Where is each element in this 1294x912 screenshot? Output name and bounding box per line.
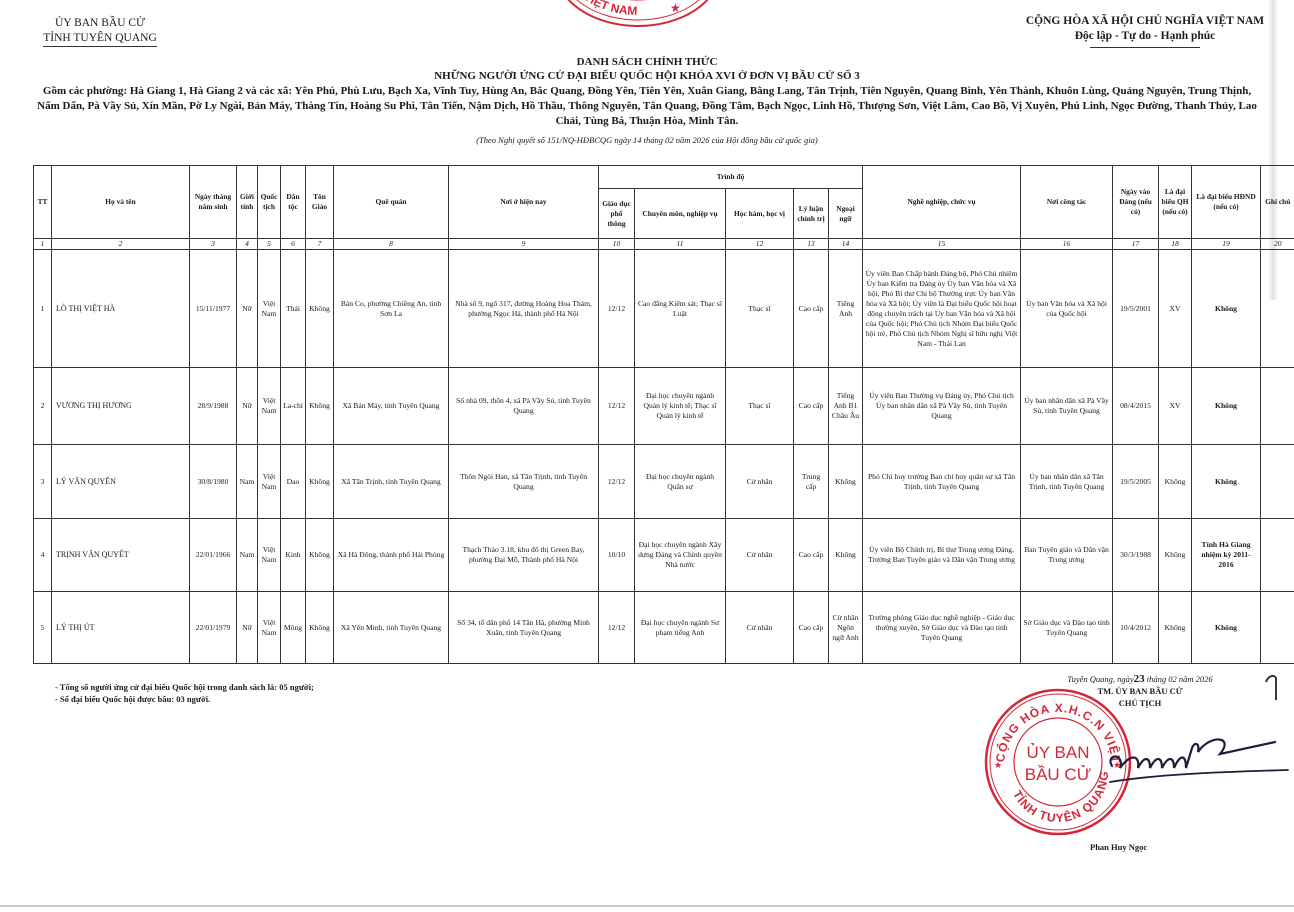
cell-political-theory: Cao cấp <box>794 250 829 368</box>
cell-council-deputy: Không <box>1192 445 1261 519</box>
column-number: 14 <box>829 239 863 250</box>
cell-gender: Nam <box>237 445 258 519</box>
cell-party-date: 10/4/2012 <box>1113 592 1159 664</box>
header-foreign-lang: Ngoại ngữ <box>829 189 863 239</box>
cell-foreign-lang: Cử nhân Ngôn ngữ Anh <box>829 592 863 664</box>
org-line-2: TỈNH TUYÊN QUANG <box>43 31 157 47</box>
signature-block: Tuyên Quang, ngày23 tháng 02 năm 2026 TM… <box>1040 673 1240 709</box>
column-number: 3 <box>190 239 237 250</box>
cell-general-edu: 12/12 <box>599 445 635 519</box>
cell-residence: Nhà số 9, ngõ 317, đường Hoàng Hoa Thám,… <box>449 250 599 368</box>
cell-workplace: Sở Giáo dục và Đào tạo tỉnh Tuyên Quang <box>1021 592 1113 664</box>
cell-ethnicity: Thái <box>281 250 306 368</box>
issuing-organization: ỦY BAN BẦU CỬ TỈNH TUYÊN QUANG <box>0 16 200 47</box>
on-behalf-of: TM. ỦY BAN BẦU CỬ <box>1040 685 1240 697</box>
motto-underline <box>1090 47 1200 48</box>
header-political-theory: Lý luận chính trị <box>794 189 829 239</box>
column-number: 5 <box>258 239 281 250</box>
candidate-table: TT Họ và tên Ngày tháng năm sinh Giới tí… <box>33 165 1294 664</box>
cell-specialty: Cao đẳng Kiểm sát; Thạc sĩ Luật <box>635 250 726 368</box>
cell-council-deputy: Không <box>1192 592 1261 664</box>
cell-tt: 4 <box>34 519 52 592</box>
cell-na-deputy: Không <box>1159 592 1192 664</box>
cell-nationality: Việt Nam <box>258 445 281 519</box>
column-number: 4 <box>237 239 258 250</box>
column-number: 10 <box>599 239 635 250</box>
cell-gender: Nữ <box>237 368 258 445</box>
column-number: 15 <box>863 239 1021 250</box>
column-number-row: 1234567891011121314151617181920 <box>34 239 1294 250</box>
header-specialty: Chuyên môn, nghiệp vụ <box>635 189 726 239</box>
header-gender: Giới tính <box>237 166 258 239</box>
constituency-areas: Gồm các phường: Hà Giang 1, Hà Giang 2 v… <box>32 84 1262 129</box>
column-number: 19 <box>1192 239 1261 250</box>
header-degree: Học hàm, học vị <box>726 189 794 239</box>
header-nationality: Quốc tịch <box>258 166 281 239</box>
org-line-1: ỦY BAN BẦU CỬ <box>0 16 200 31</box>
cell-council-deputy: Tỉnh Hà Giang nhiệm kỳ 2011-2016 <box>1192 519 1261 592</box>
cell-degree: Cử nhân <box>726 592 794 664</box>
cell-degree: Cử nhân <box>726 445 794 519</box>
column-number: 1 <box>34 239 52 250</box>
cell-residence: Số 34, tổ dân phố 14 Tân Hà, phường Minh… <box>449 592 599 664</box>
top-stamp-fragment: VIỆT NAM ★ <box>548 0 728 30</box>
cell-specialty: Đại học chuyên ngành Sư phạm tiếng Anh <box>635 592 726 664</box>
cell-ethnicity: La-chí <box>281 368 306 445</box>
signer-position: CHỦ TỊCH <box>1040 697 1240 709</box>
place-date: Tuyên Quang, ngày23 tháng 02 năm 2026 <box>1040 673 1240 685</box>
column-number: 7 <box>306 239 334 250</box>
cell-foreign-lang: Tiếng Anh B1 Châu Âu <box>829 368 863 445</box>
cell-occupation: Phó Chỉ huy trưởng Ban chỉ huy quân sự x… <box>863 445 1021 519</box>
cell-occupation: Ủy viên Bộ Chính trị, Bí thư Trung ương … <box>863 519 1021 592</box>
cell-tt: 1 <box>34 250 52 368</box>
header-workplace: Nơi công tác <box>1021 166 1113 239</box>
cell-specialty: Đại học chuyên ngành Quản lý kinh tế; Th… <box>635 368 726 445</box>
column-number: 12 <box>726 239 794 250</box>
header-na-deputy: Là đại biểu QH (nếu có) <box>1159 166 1192 239</box>
cell-dob: 30/8/1980 <box>190 445 237 519</box>
cell-occupation: Trưởng phòng Giáo dục nghề nghiệp - Giáo… <box>863 592 1021 664</box>
cell-foreign-lang: Tiếng Anh <box>829 250 863 368</box>
cell-degree: Thạc sĩ <box>726 250 794 368</box>
cell-name: VƯƠNG THỊ HƯƠNG <box>52 368 190 445</box>
handwritten-signature <box>1100 724 1290 794</box>
column-number: 6 <box>281 239 306 250</box>
cell-occupation: Ủy viên Ban Chấp hành Đảng bộ, Phó Chủ n… <box>863 250 1021 368</box>
cell-note <box>1261 368 1294 445</box>
cell-hometown: Xã Hà Đông, thành phố Hải Phòng <box>334 519 449 592</box>
cell-council-deputy: Không <box>1192 250 1261 368</box>
cell-nationality: Việt Nam <box>258 250 281 368</box>
table-row: 5LÝ THỊ ÚT22/01/1979NữViệt NamMôngKhôngX… <box>34 592 1294 664</box>
cell-political-theory: Cao cấp <box>794 592 829 664</box>
header-council-deputy: Là đại biểu HĐND (nếu có) <box>1192 166 1261 239</box>
cell-workplace: Ủy ban Văn hóa và Xã hội của Quốc hội <box>1021 250 1113 368</box>
national-motto: CỘNG HÒA XÃ HỘI CHỦ NGHĨA VIỆT NAM Độc l… <box>1000 14 1290 48</box>
cell-general-edu: 12/12 <box>599 250 635 368</box>
cell-degree: Thạc sĩ <box>726 368 794 445</box>
cell-workplace: Ủy ban nhân dân xã Tân Trịnh, tỉnh Tuyên… <box>1021 445 1113 519</box>
cell-hometown: Bản Co, phường Chiềng An, tỉnh Sơn La <box>334 250 449 368</box>
cell-note <box>1261 592 1294 664</box>
cell-religion: Không <box>306 592 334 664</box>
svg-text:BẦU CỬ: BẦU CỬ <box>1025 765 1091 784</box>
cell-na-deputy: Không <box>1159 445 1192 519</box>
column-number: 16 <box>1021 239 1113 250</box>
cell-tt: 3 <box>34 445 52 519</box>
cell-residence: Thôn Ngòi Han, xã Tân Trịnh, tỉnh Tuyên … <box>449 445 599 519</box>
cell-na-deputy: XV <box>1159 250 1192 368</box>
header-tt: TT <box>34 166 52 239</box>
column-number: 11 <box>635 239 726 250</box>
cell-hometown: Xã Yên Minh, tỉnh Tuyên Quang <box>334 592 449 664</box>
cell-party-date: 30/3/1988 <box>1113 519 1159 592</box>
cell-occupation: Ủy viên Ban Thường vụ Đảng ủy, Phó Chủ t… <box>863 368 1021 445</box>
page-margin-mark <box>1262 672 1282 702</box>
cell-workplace: Ủy ban nhân dân xã Pà Vầy Sủ, tỉnh Tuyên… <box>1021 368 1113 445</box>
svg-text:ỦY BAN: ỦY BAN <box>1027 743 1090 762</box>
cell-specialty: Đại học chuyên ngành Xây dựng Đảng và Ch… <box>635 519 726 592</box>
cell-workplace: Ban Tuyên giáo và Dân vận Trung ương <box>1021 519 1113 592</box>
table-row: 1LÒ THỊ VIỆT HÀ15/11/1977NữViệt NamTháiK… <box>34 250 1294 368</box>
header-religion: Tôn Giáo <box>306 166 334 239</box>
cell-nationality: Việt Nam <box>258 368 281 445</box>
header-dob: Ngày tháng năm sinh <box>190 166 237 239</box>
cell-dob: 22/01/1979 <box>190 592 237 664</box>
cell-name: LÒ THỊ VIỆT HÀ <box>52 250 190 368</box>
cell-ethnicity: Dao <box>281 445 306 519</box>
column-number: 2 <box>52 239 190 250</box>
cell-council-deputy: Không <box>1192 368 1261 445</box>
cell-religion: Không <box>306 519 334 592</box>
cell-foreign-lang: Không <box>829 519 863 592</box>
document-title: DANH SÁCH CHÍNH THỨC <box>0 56 1294 68</box>
column-number: 9 <box>449 239 599 250</box>
cell-party-date: 08/4/2015 <box>1113 368 1159 445</box>
cell-name: TRỊNH VĂN QUYẾT <box>52 519 190 592</box>
note-seats: - Số đại biểu Quốc hội được bầu: 03 ngườ… <box>55 693 314 705</box>
cell-hometown: Xã Bản Máy, tỉnh Tuyên Quang <box>334 368 449 445</box>
scan-edge <box>0 905 1294 907</box>
table-row: 2VƯƠNG THỊ HƯƠNG28/9/1988NữViệt NamLa-ch… <box>34 368 1294 445</box>
cell-party-date: 19/5/2005 <box>1113 445 1159 519</box>
cell-gender: Nữ <box>237 250 258 368</box>
header-occupation: Nghề nghiệp, chức vụ <box>863 166 1021 239</box>
cell-religion: Không <box>306 368 334 445</box>
cell-nationality: Việt Nam <box>258 519 281 592</box>
header-party-date: Ngày vào Đảng (nếu có) <box>1113 166 1159 239</box>
legal-basis: (Theo Nghị quyết số 151/NQ-HĐBCQG ngày 1… <box>0 135 1294 145</box>
svg-text:★: ★ <box>994 761 1002 771</box>
cell-religion: Không <box>306 445 334 519</box>
cell-tt: 2 <box>34 368 52 445</box>
signing-day: 23 <box>1134 673 1145 685</box>
header-residence: Nơi ở hiện nay <box>449 166 599 239</box>
cell-foreign-lang: Không <box>829 445 863 519</box>
header-hometown: Quê quán <box>334 166 449 239</box>
cell-na-deputy: Không <box>1159 519 1192 592</box>
summary-notes: - Tổng số người ứng cử đại biểu Quốc hội… <box>55 681 314 705</box>
column-number: 20 <box>1261 239 1294 250</box>
document-subtitle: NHỮNG NGƯỜI ỨNG CỬ ĐẠI BIỂU QUỐC HỘI KHÓ… <box>0 70 1294 82</box>
column-number: 17 <box>1113 239 1159 250</box>
cell-name: LÝ VĂN QUYÊN <box>52 445 190 519</box>
note-total-candidates: - Tổng số người ứng cử đại biểu Quốc hội… <box>55 681 314 693</box>
cell-na-deputy: XV <box>1159 368 1192 445</box>
cell-general-edu: 10/10 <box>599 519 635 592</box>
header-general-edu: Giáo dục phổ thông <box>599 189 635 239</box>
cell-note <box>1261 445 1294 519</box>
cell-party-date: 19/5/2001 <box>1113 250 1159 368</box>
cell-note <box>1261 519 1294 592</box>
cell-dob: 28/9/1988 <box>190 368 237 445</box>
svg-text:★: ★ <box>670 1 681 15</box>
column-number: 8 <box>334 239 449 250</box>
nation-line-1: CỘNG HÒA XÃ HỘI CHỦ NGHĨA VIỆT NAM <box>1000 14 1290 29</box>
cell-residence: Số nhà 09, thôn 4, xã Pà Vầy Sủ, tỉnh Tu… <box>449 368 599 445</box>
cell-religion: Không <box>306 250 334 368</box>
header-education-group: Trình độ <box>599 166 863 189</box>
cell-political-theory: Trung cấp <box>794 445 829 519</box>
column-number: 18 <box>1159 239 1192 250</box>
cell-political-theory: Cao cấp <box>794 519 829 592</box>
cell-ethnicity: Kinh <box>281 519 306 592</box>
cell-political-theory: Cao cấp <box>794 368 829 445</box>
nation-line-2: Độc lập - Tự do - Hạnh phúc <box>1000 29 1290 44</box>
header-ethnicity: Dân tộc <box>281 166 306 239</box>
cell-specialty: Đại học chuyên ngành Quân sự <box>635 445 726 519</box>
table-row: 3LÝ VĂN QUYÊN30/8/1980NamViệt NamDaoKhôn… <box>34 445 1294 519</box>
cell-degree: Cử nhân <box>726 519 794 592</box>
cell-hometown: Xã Tân Trịnh, tỉnh Tuyên Quang <box>334 445 449 519</box>
cell-ethnicity: Mông <box>281 592 306 664</box>
cell-tt: 5 <box>34 592 52 664</box>
cell-note <box>1261 250 1294 368</box>
cell-name: LÝ THỊ ÚT <box>52 592 190 664</box>
cell-dob: 22/01/1966 <box>190 519 237 592</box>
signer-name: Phan Huy Ngọc <box>1090 842 1147 852</box>
cell-general-edu: 12/12 <box>599 368 635 445</box>
cell-gender: Nữ <box>237 592 258 664</box>
header-note: Ghi chú <box>1261 166 1294 239</box>
cell-general-edu: 12/12 <box>599 592 635 664</box>
cell-residence: Thạch Thảo 3.18, khu đô thị Green Bay, p… <box>449 519 599 592</box>
cell-dob: 15/11/1977 <box>190 250 237 368</box>
table-row: 4TRỊNH VĂN QUYẾT22/01/1966NamViệt NamKin… <box>34 519 1294 592</box>
column-number: 13 <box>794 239 829 250</box>
cell-nationality: Việt Nam <box>258 592 281 664</box>
cell-gender: Nam <box>237 519 258 592</box>
header-name: Họ và tên <box>52 166 190 239</box>
